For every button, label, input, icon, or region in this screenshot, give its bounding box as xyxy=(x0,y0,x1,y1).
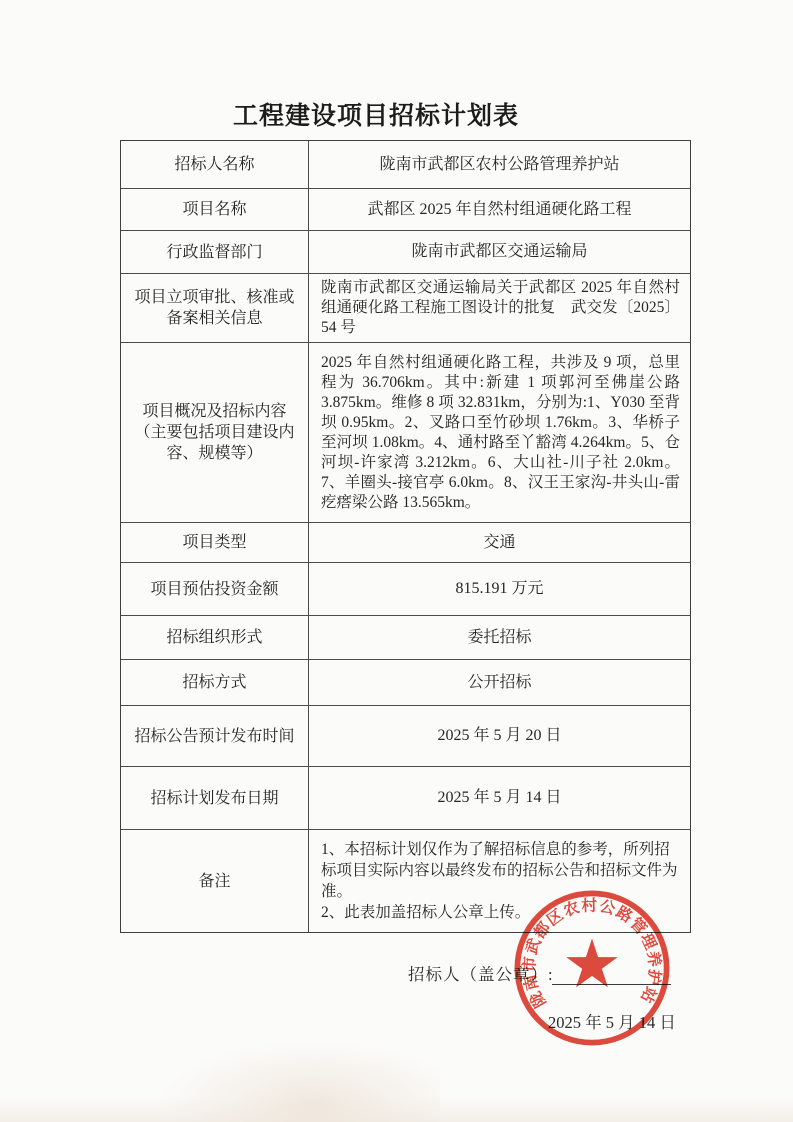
scan-smudge xyxy=(160,1042,440,1122)
row-value: 陇南市武都区交通运输局 xyxy=(309,231,690,273)
page-title: 工程建设项目招标计划表 xyxy=(0,96,752,132)
table-row: 招标公告预计发布时间 2025 年 5 月 20 日 xyxy=(121,706,690,767)
table-row: 招标方式 公开招标 xyxy=(121,660,690,706)
row-label: 项目名称 xyxy=(121,189,309,230)
row-label: 招标人名称 xyxy=(121,141,309,188)
row-label: 招标方式 xyxy=(121,660,309,705)
official-seal: 陇南市武都区农村公路管理养护站 xyxy=(510,886,674,1050)
row-value: 委托招标 xyxy=(309,616,690,659)
table-row: 项目概况及招标内容（主要包括项目建设内容、规模等） 2025 年自然村组通硬化路… xyxy=(121,343,690,523)
row-value: 2025 年自然村组通硬化路工程，共涉及 9 项，总里程为 36.706km。其… xyxy=(309,343,690,522)
row-label: 行政监督部门 xyxy=(121,231,309,273)
tender-plan-table: 招标人名称 陇南市武都区农村公路管理养护站 项目名称 武都区 2025 年自然村… xyxy=(120,140,691,933)
row-label: 项目立项审批、核准或备案相关信息 xyxy=(121,274,309,342)
row-label: 项目预估投资金额 xyxy=(121,563,309,615)
table-row: 行政监督部门 陇南市武都区交通运输局 xyxy=(121,231,690,274)
row-label: 备注 xyxy=(121,830,309,932)
table-row: 招标人名称 陇南市武都区农村公路管理养护站 xyxy=(121,141,690,189)
seal-star-icon xyxy=(566,938,617,987)
row-value: 2025 年 5 月 20 日 xyxy=(309,706,690,766)
table-row: 项目名称 武都区 2025 年自然村组通硬化路工程 xyxy=(121,189,690,231)
row-value: 2025 年 5 月 14 日 xyxy=(309,767,690,829)
table-row: 项目类型 交通 xyxy=(121,523,690,563)
row-value: 815.191 万元 xyxy=(309,563,690,615)
row-value: 交通 xyxy=(309,523,690,562)
row-label: 招标计划发布日期 xyxy=(121,767,309,829)
table-row: 项目预估投资金额 815.191 万元 xyxy=(121,563,690,616)
row-label: 招标公告预计发布时间 xyxy=(121,706,309,766)
row-label: 招标组织形式 xyxy=(121,616,309,659)
row-value: 武都区 2025 年自然村组通硬化路工程 xyxy=(309,189,690,230)
table-row: 项目立项审批、核准或备案相关信息 陇南市武都区交通运输局关于武都区 2025 年… xyxy=(121,274,690,343)
row-value: 公开招标 xyxy=(309,660,690,705)
row-label: 项目概况及招标内容（主要包括项目建设内容、规模等） xyxy=(121,343,309,522)
document-page: 工程建设项目招标计划表 招标人名称 陇南市武都区农村公路管理养护站 项目名称 武… xyxy=(0,0,793,1122)
table-row: 招标计划发布日期 2025 年 5 月 14 日 xyxy=(121,767,690,830)
row-label: 项目类型 xyxy=(121,523,309,562)
scan-smudge xyxy=(0,1096,793,1122)
row-value: 陇南市武都区农村公路管理养护站 xyxy=(309,141,690,188)
row-value: 陇南市武都区交通运输局关于武都区 2025 年自然村组通硬化路工程施工图设计的批… xyxy=(309,274,690,342)
table-row: 招标组织形式 委托招标 xyxy=(121,616,690,660)
